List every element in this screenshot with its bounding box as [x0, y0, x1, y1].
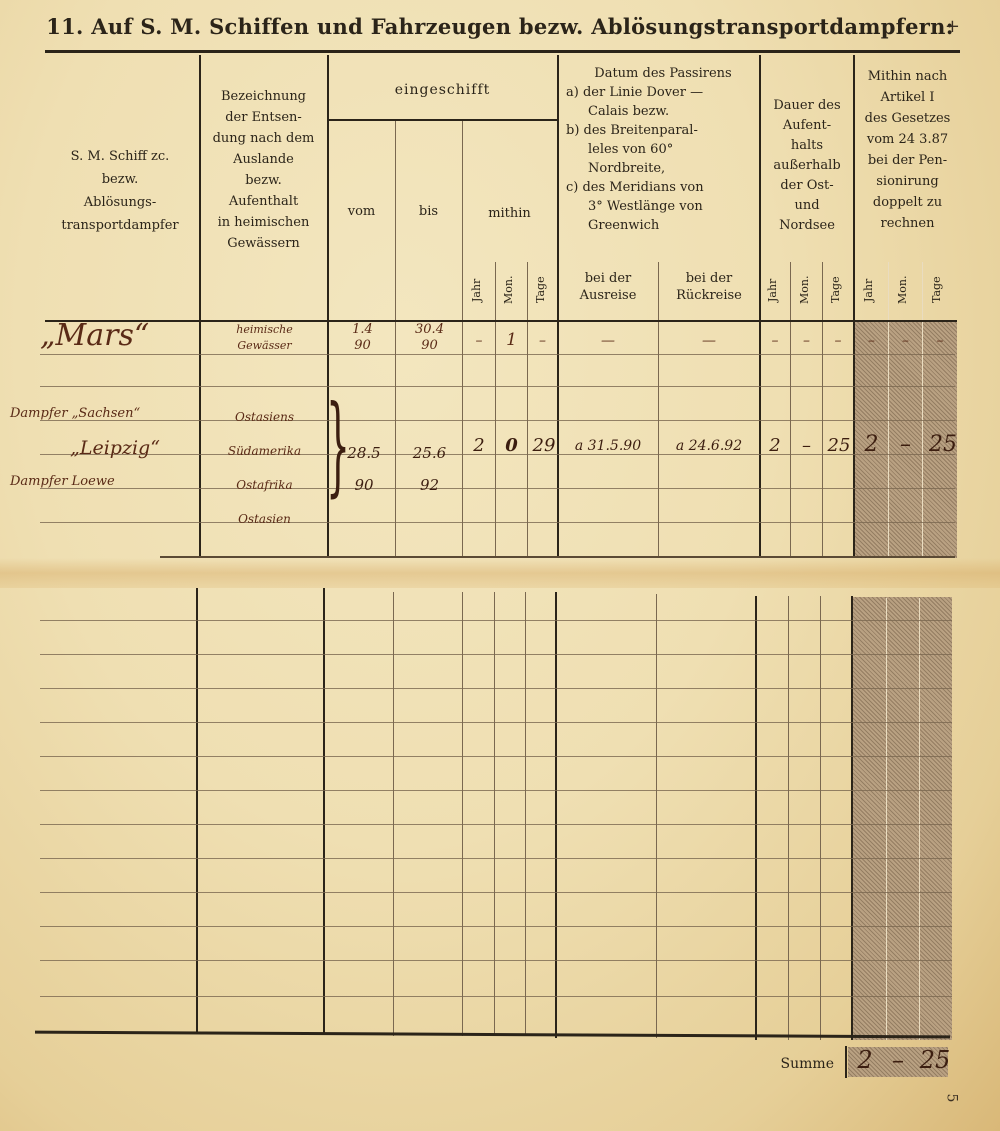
- header-to: bis: [395, 203, 462, 220]
- top-rule: [45, 50, 960, 53]
- sum-months: –: [880, 1046, 916, 1074]
- col-divider: [557, 55, 559, 558]
- shaded-column-lower: [852, 597, 952, 1040]
- entry-art-days: 25: [923, 432, 963, 457]
- entry-dur-months: –: [791, 435, 822, 456]
- col-divider: [527, 262, 528, 558]
- entry-art-months: –: [889, 432, 922, 457]
- col-divider: [658, 262, 659, 558]
- row-line: [40, 354, 955, 355]
- header-thus: mithin: [462, 205, 557, 222]
- col-divider: [555, 592, 557, 1038]
- header-designation: Bezeichnung der Entsen- dung nach dem Au…: [200, 86, 327, 254]
- entry-designation: Ostasiens Südamerika Ostafrika Ostasien: [202, 400, 327, 536]
- col-divider: [395, 120, 396, 558]
- col-divider: [888, 262, 889, 558]
- subheader-art-years: Jahr: [862, 265, 880, 315]
- col-divider: [495, 262, 496, 558]
- entry-dur-days: –: [823, 333, 853, 349]
- entry-art-years: 2: [855, 432, 888, 457]
- col-divider: [788, 596, 789, 1040]
- entry-to: 25.6 92: [397, 437, 462, 501]
- col-divider: [919, 598, 920, 1040]
- col-divider: [656, 594, 657, 1038]
- entry-dur-years: 2: [760, 435, 790, 456]
- header-ship: S. M. Schiff zc. bezw. Ablösungs- transp…: [40, 148, 200, 234]
- col-divider: [922, 262, 923, 558]
- header-outbound: bei der Ausreise: [558, 270, 658, 304]
- row-line: [40, 824, 952, 825]
- row-line: [40, 926, 952, 927]
- col-divider: [886, 598, 887, 1040]
- header-passing-date: Datum des Passirens a) der Linie Dover —…: [566, 64, 760, 235]
- subheader-dur-months: Mon.: [798, 265, 816, 315]
- col-divider: [494, 592, 495, 1036]
- entry-outbound: —: [558, 333, 658, 349]
- row-line: [40, 756, 952, 757]
- entry-days: –: [528, 333, 557, 349]
- row-line: [40, 688, 952, 689]
- header-embarked: eingeschifft: [328, 82, 557, 99]
- row-line: [40, 858, 952, 859]
- entry-return: —: [659, 333, 759, 349]
- col-divider: [790, 262, 791, 558]
- row-line: [40, 654, 952, 655]
- col-divider: [755, 596, 757, 1040]
- subheader-dur-days: Tage: [829, 265, 847, 315]
- col-divider: [822, 262, 823, 558]
- entry-art-months: –: [889, 333, 922, 349]
- bottom-rule: [35, 1031, 950, 1039]
- entry-ship-mars: „Mars“: [40, 318, 200, 353]
- subheader-dur-years: Jahr: [766, 265, 784, 315]
- entry-dur-years: –: [760, 333, 790, 349]
- row-line: [40, 386, 955, 387]
- col-divider: [393, 592, 394, 1036]
- entry-to: 30.4 90: [397, 322, 462, 354]
- entry-from: 28.5 90: [334, 437, 394, 501]
- col-divider: [820, 596, 821, 1040]
- form-section-title: 11. Auf S. M. Schiffen und Fahrzeugen be…: [0, 14, 1000, 39]
- subheader-art-months: Mon.: [896, 265, 914, 315]
- entry-designation: heimische Gewässer: [202, 322, 327, 354]
- header-from: vom: [328, 203, 395, 220]
- entry-from: 1.4 90: [330, 322, 395, 354]
- page-number: 5: [944, 1094, 960, 1103]
- subheader-years: Jahr: [470, 265, 488, 315]
- entry-return: a 24.6.92: [659, 438, 759, 454]
- entry-months: 1: [496, 330, 527, 350]
- entry-ship-sachsen: Dampfer „Sachsen“ „Leipzig“ Dampfer Loew…: [10, 397, 205, 499]
- subheader-days: Tage: [534, 265, 552, 315]
- paper-fold: [0, 558, 1000, 588]
- subheader-art-days: Tage: [930, 265, 948, 315]
- entry-art-years: –: [855, 333, 888, 349]
- entry-years: 2: [463, 435, 495, 456]
- entry-dur-days: 25: [823, 435, 855, 456]
- header-duration: Dauer des Aufent- halts außerhalb der Os…: [760, 96, 854, 236]
- entry-outbound: a 31.5.90: [558, 438, 658, 454]
- sum-days: 25: [912, 1046, 958, 1074]
- corner-mark: +: [945, 16, 960, 37]
- col-divider: [462, 592, 463, 1036]
- row-line: [40, 892, 952, 893]
- entry-dur-months: –: [791, 333, 822, 349]
- entry-years: –: [463, 333, 495, 349]
- col-divider: [525, 592, 526, 1036]
- subheader-months: Mon.: [502, 265, 520, 315]
- row-line: [40, 960, 952, 961]
- entry-art-days: –: [923, 333, 957, 349]
- embarked-underline: [328, 119, 557, 121]
- row-line: [40, 620, 952, 621]
- row-line: [40, 790, 952, 791]
- row-line: [40, 522, 955, 523]
- sum-years: 2: [850, 1046, 880, 1074]
- header-thus-article: Mithin nach Artikel I des Gesetzes vom 2…: [855, 66, 960, 234]
- row-line: [40, 996, 952, 997]
- sum-box-left: [845, 1046, 847, 1078]
- header-return: bei der Rückreise: [659, 270, 759, 304]
- entry-days: 29: [528, 435, 560, 456]
- entry-months: 0: [496, 435, 527, 456]
- row-line: [40, 722, 952, 723]
- sum-label: Summe: [764, 1056, 834, 1073]
- col-divider: [851, 596, 853, 1040]
